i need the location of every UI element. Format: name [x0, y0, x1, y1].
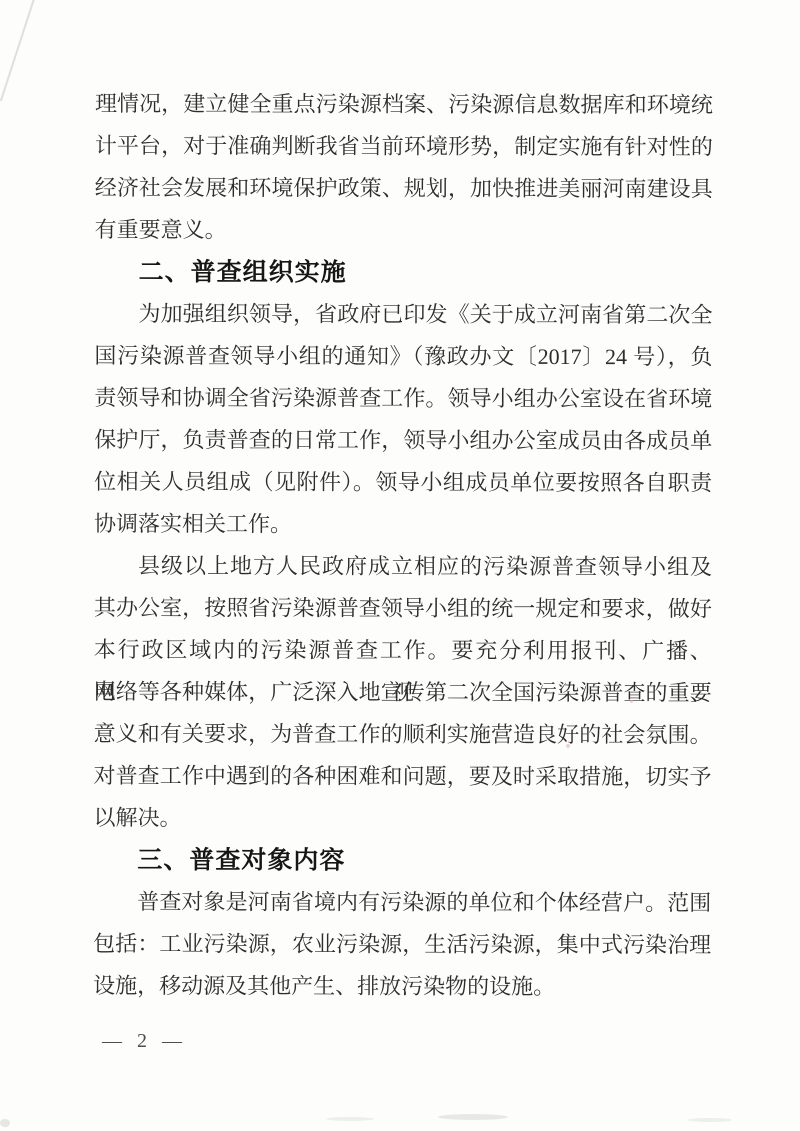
text-line: 意义和有关要求，为普查工作的顺利实施营造良好的社会氛围。	[94, 713, 712, 756]
text-line: 包括：工业污染源，农业污染源，生活污染源，集中式污染治理	[93, 923, 711, 966]
scan-artifact-smudge	[326, 1117, 374, 1121]
text-line: 理情况，建立健全重点污染源档案、污染源信息数据库和环境统	[95, 83, 713, 126]
text-line: 有重要意义。	[95, 209, 713, 252]
text-line: 协调落实相关工作。	[94, 503, 712, 546]
text-line: 为加强组织领导，省政府已印发《关于成立河南省第二次全	[94, 293, 712, 336]
text-line: 本行政区域内的污染源普查工作。要充分利用报刊、广播、电视、	[94, 629, 712, 672]
scan-artifact-corner-streak	[0, 0, 38, 101]
text-line: 对普查工作中遇到的各种困难和问题，要及时采取措施，切实予	[94, 755, 712, 798]
text-line: 责领导和协调全省污染源普查工作。领导小组办公室设在省环境	[94, 377, 712, 420]
section-heading: 二、普查组织实施	[95, 251, 713, 294]
text-line: 其办公室，按照省污染源普查领导小组的统一规定和要求，做好	[94, 587, 712, 630]
text-line: 国污染源普查领导小组的通知》（豫政办文〔2017〕24 号），负	[94, 335, 712, 378]
text-line: 县级以上地方人民政府成立相应的污染源普查领导小组及	[94, 545, 712, 588]
page-number: — 2 —	[102, 1026, 187, 1056]
text-line: 保护厅，负责普查的日常工作，领导小组办公室成员由各成员单	[94, 419, 712, 462]
section-heading: 三、普查对象内容	[93, 839, 711, 882]
document-body: 理情况，建立健全重点污染源档案、污染源信息数据库和环境统 计平台，对于准确判断我…	[93, 83, 713, 1008]
scanned-page: 理情况，建立健全重点污染源档案、污染源信息数据库和环境统 计平台，对于准确判断我…	[0, 0, 800, 1131]
scan-artifact-smudge	[0, 1119, 10, 1127]
text-line: 经济社会发展和环境保护政策、规划，加快推进美丽河南建设具	[95, 167, 713, 210]
text-line: 网络等各种媒体，广泛深入地宣传第二次全国污染源普查的重要	[94, 671, 712, 714]
text-line: 设施，移动源及其他产生、排放污染物的设施。	[93, 965, 711, 1008]
text-line: 普查对象是河南省境内有污染源的单位和个体经营户。范围	[93, 881, 711, 924]
scan-artifact-smudge	[688, 1118, 732, 1122]
text-line: 位相关人员组成（见附件）。领导小组成员单位要按照各自职责	[94, 461, 712, 504]
scan-artifact-smudge	[438, 1114, 508, 1120]
text-line: 以解决。	[93, 797, 711, 840]
text-line: 计平台，对于准确判断我省当前环境形势，制定实施有针对性的	[95, 125, 713, 168]
